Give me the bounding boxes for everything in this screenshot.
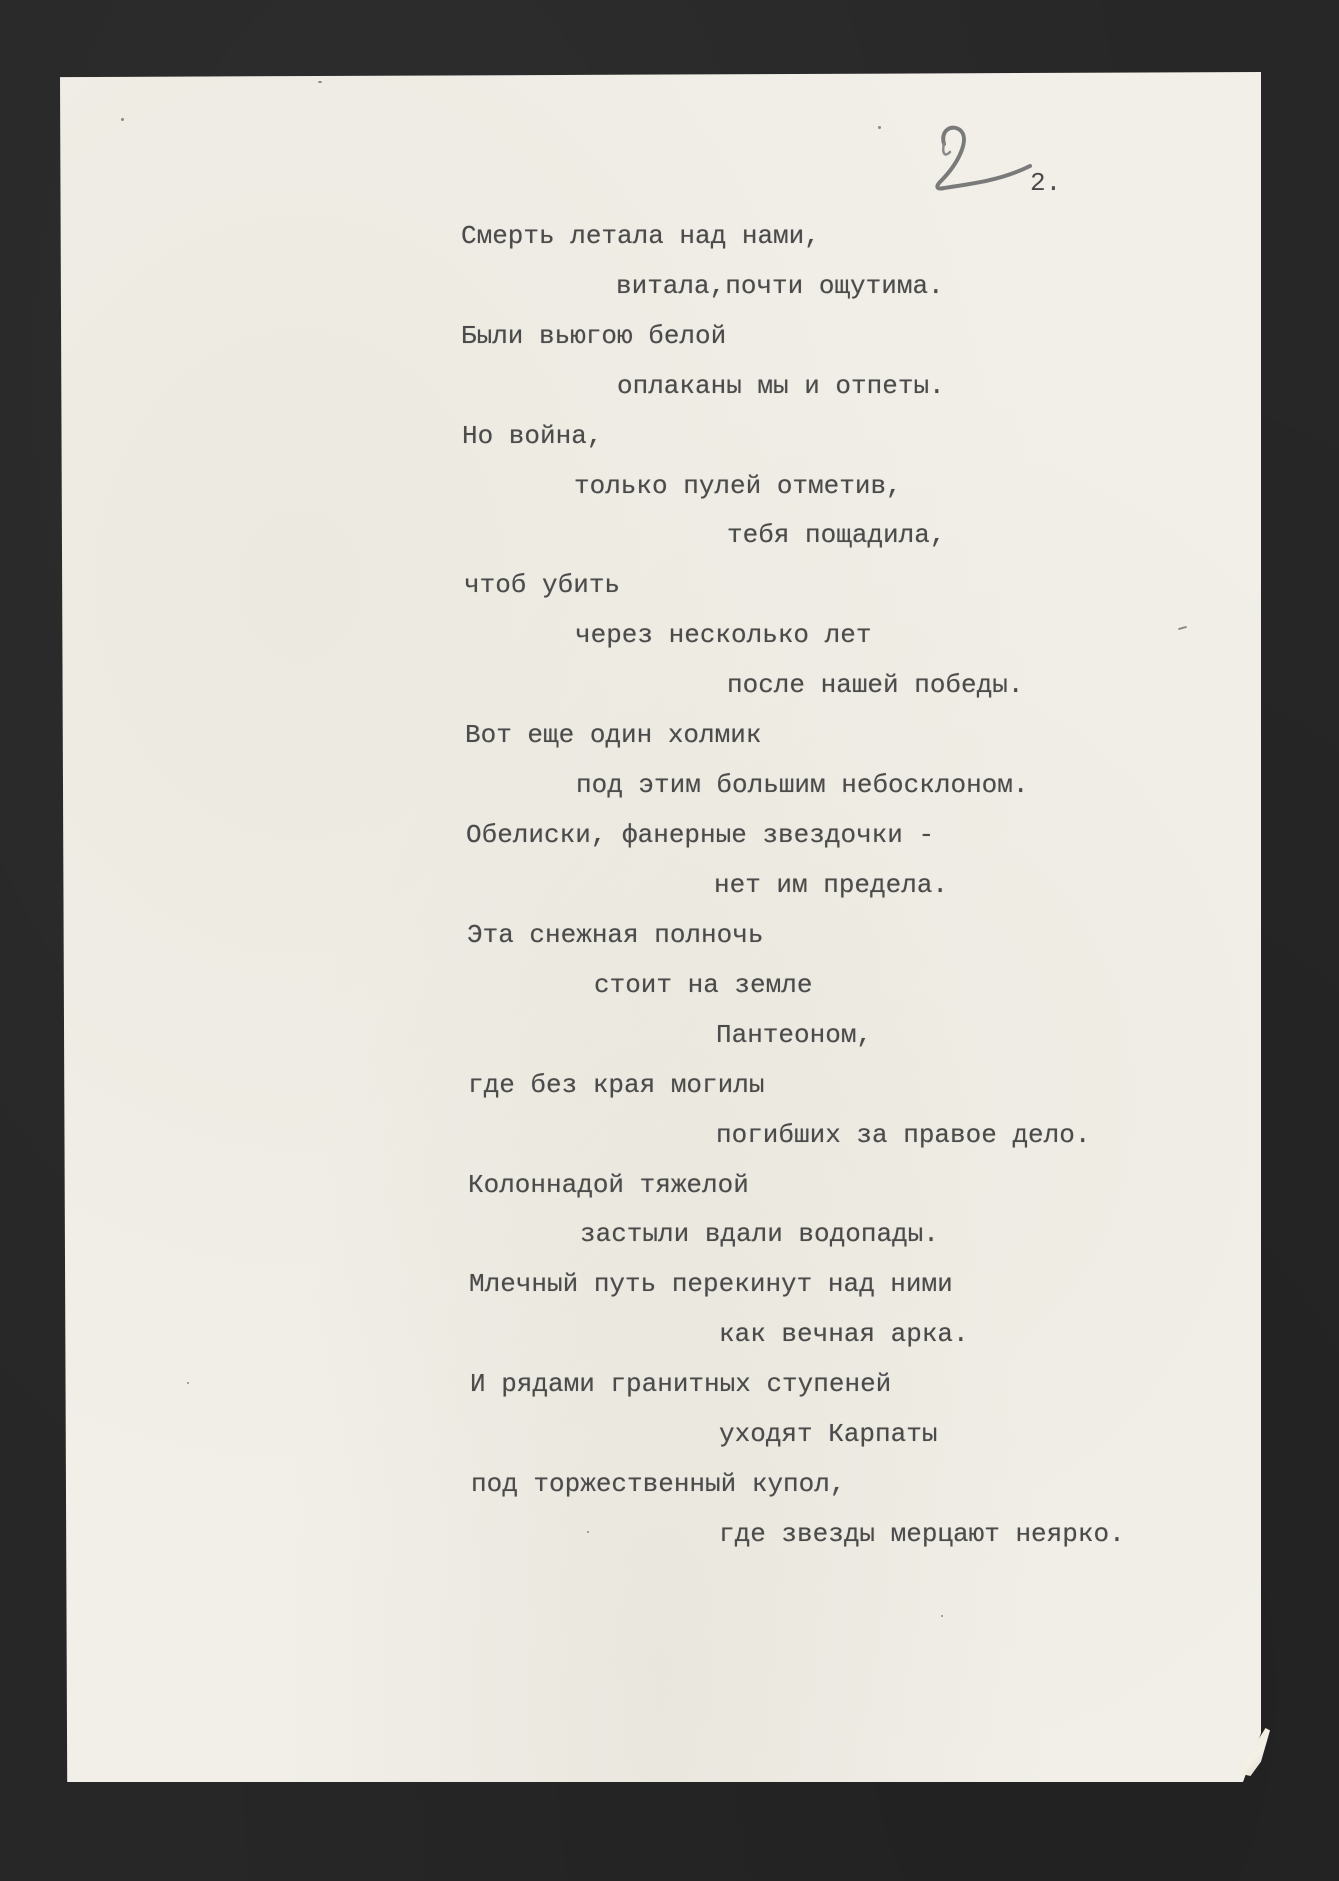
poem-line: как вечная арка. [719, 1319, 969, 1349]
paper-speck [187, 1382, 189, 1384]
poem-line: застыли вдали водопады. [580, 1219, 939, 1249]
typed-page-number: 2. [1030, 168, 1061, 198]
poem-line: тебя пощадила, [727, 520, 945, 550]
poem-line: где звезды мерцают неярко. [719, 1519, 1125, 1549]
poem-line: оплаканы мы и отпеты. [617, 371, 945, 401]
poem-line: витала,почти ощутима. [616, 271, 944, 301]
poem-line: через несколько лет [575, 620, 871, 650]
poem-line: чтоб убить [464, 570, 620, 600]
poem-line: Колоннадой тяжелой [468, 1170, 749, 1200]
poem-line: Были вьюгою белой [461, 321, 726, 351]
poem-line: где без края могилы [468, 1070, 764, 1100]
poem-line: Вот еще один холмик [465, 720, 761, 750]
paper-speck [941, 1615, 943, 1617]
paper-speck [318, 81, 322, 83]
poem-line: И рядами гранитных ступеней [470, 1369, 891, 1399]
poem-line: под торжественный купол, [471, 1469, 845, 1499]
poem-line: Млечный путь перекинут над ними [469, 1269, 953, 1299]
paper-speck [587, 1531, 589, 1533]
poem-line: Обелиски, фанерные звездочки - [466, 820, 934, 850]
poem-line: после нашей победы. [727, 670, 1023, 700]
poem-line: только пулей отметив, [574, 471, 902, 501]
poem-line: Смерть летала над нами, [461, 221, 820, 251]
poem-line: уходят Карпаты [719, 1419, 937, 1449]
poem-line: погибших за правое дело. [716, 1120, 1090, 1150]
paper-speck [878, 126, 881, 129]
poem-line: нет им предела. [714, 870, 948, 900]
poem-line: Пантеоном, [716, 1020, 872, 1050]
paper-speck [121, 118, 124, 121]
poem-line: Но война, [462, 421, 602, 451]
poem-line: стоит на земле [594, 970, 812, 1000]
poem-line: Эта снежная полночь [467, 920, 763, 950]
poem-line: под этим большим небосклоном. [576, 770, 1028, 800]
